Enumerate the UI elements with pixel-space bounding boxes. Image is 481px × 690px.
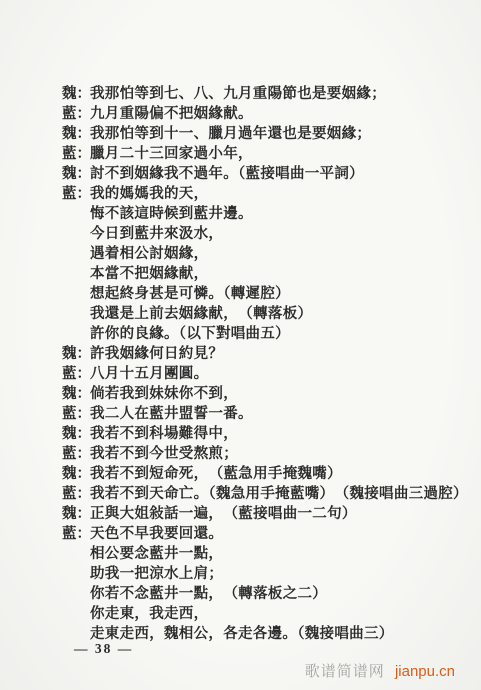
line-text: 倘若我到妹妹你不到， — [90, 384, 467, 404]
line-text: 想起終身甚是可憐。（轉遲腔） — [90, 284, 467, 304]
dialogue-line: 藍：天色不早我要回還。 — [62, 524, 467, 544]
line-text: 我二人在藍井盟誓一番。 — [90, 404, 467, 424]
line-text: 許我姻緣何日約見？ — [90, 344, 467, 364]
dialogue-line: 魏：許我姻緣何日約見？ — [62, 344, 467, 364]
script-page: 魏：我那怕等到七、八、九月重陽節也是要姻緣；藍：九月重陽偏不把姻緣献。魏：我那怕… — [0, 0, 481, 690]
dialogue-line: 相公要念藍井一點， — [62, 544, 467, 564]
dialogue-line: 魏：我那怕等到七、八、九月重陽節也是要姻緣； — [62, 84, 467, 104]
dialogue-line: 藍：我的媽媽我的天， — [62, 184, 467, 204]
dialogue-line: 你若不念藍井一點， （轉落板之二） — [62, 584, 467, 604]
speaker-label: 藍： — [62, 184, 90, 204]
line-text: 我那怕等到七、八、九月重陽節也是要姻緣； — [90, 84, 467, 104]
line-text: 我那怕等到十一、臘月過年還也是要姻緣； — [90, 124, 467, 144]
line-text: 正與大姐敍話一遍， （藍接唱曲一二句） — [90, 504, 467, 524]
dialogue-line: 藍：我二人在藍井盟誓一番。 — [62, 404, 467, 424]
line-text: 九月重陽偏不把姻緣献。 — [90, 104, 467, 124]
line-text: 天色不早我要回還。 — [90, 524, 467, 544]
speaker-label: 魏： — [62, 84, 90, 104]
line-text: 我還是上前去姻緣献， （轉落板） — [90, 304, 467, 324]
speaker-label: 魏： — [62, 504, 90, 524]
speaker-label: 魏： — [62, 124, 90, 144]
line-text: 臘月二十三回家過小年， — [90, 144, 467, 164]
line-text: 相公要念藍井一點， — [90, 544, 467, 564]
dialogue-line: 藍：我若不到今世受熬煎； — [62, 444, 467, 464]
speaker-label: 魏： — [62, 164, 90, 184]
line-text: 討不到姻緣我不過年。（藍接唱曲一平詞） — [90, 164, 467, 184]
dialogue-line: 魏：我那怕等到十一、臘月過年還也是要姻緣； — [62, 124, 467, 144]
dialogue-line: 今日到藍井來汲水， — [62, 224, 467, 244]
dialogue-line: 魏：倘若我到妹妹你不到， — [62, 384, 467, 404]
dialogue-line: 藍：臘月二十三回家過小年， — [62, 144, 467, 164]
dialogue-line: 悔不該這時候到藍井邊。 — [62, 204, 467, 224]
line-text: 今日到藍井來汲水， — [90, 224, 467, 244]
dialogue-line: 助我一把涼水上肩； — [62, 564, 467, 584]
speaker-label: 藍： — [62, 104, 90, 124]
dialogue-line: 想起終身甚是可憐。（轉遲腔） — [62, 284, 467, 304]
watermark-site-url[interactable]: jianpu.cn — [395, 663, 455, 680]
line-text: 遇着相公討姻緣， — [90, 244, 467, 264]
dialogue-line: 本當不把姻緣献， — [62, 264, 467, 284]
dialogue-line: 魏：討不到姻緣我不過年。（藍接唱曲一平詞） — [62, 164, 467, 184]
watermark-site-name: 歌谱简谱网 — [305, 663, 385, 680]
dialogue-line: 遇着相公討姻緣， — [62, 244, 467, 264]
dialogue-line: 藍：八月十五月團圓。 — [62, 364, 467, 384]
speaker-label: 藍： — [62, 144, 90, 164]
page-number: — 38 — — [74, 641, 133, 657]
speaker-label: 魏： — [62, 424, 90, 444]
speaker-label: 藍： — [62, 404, 90, 424]
line-text: 走東走西，魏相公，各走各邊。（魏接唱曲三） — [90, 624, 467, 644]
speaker-label: 魏： — [62, 464, 90, 484]
line-text: 本當不把姻緣献， — [90, 264, 467, 284]
line-text: 八月十五月團圓。 — [90, 364, 467, 384]
dialogue-line: 魏：我若不到短命死， （藍急用手掩魏嘴） — [62, 464, 467, 484]
speaker-label: 魏： — [62, 344, 90, 364]
dialogue-line: 藍：我若不到天命亡。（魏急用手掩藍嘴） （魏接唱曲三過腔） — [62, 484, 467, 504]
speaker-label: 魏： — [62, 384, 90, 404]
line-text: 我若不到天命亡。（魏急用手掩藍嘴） （魏接唱曲三過腔） — [90, 484, 468, 504]
dialogue-line: 我還是上前去姻緣献， （轉落板） — [62, 304, 467, 324]
line-text: 助我一把涼水上肩； — [90, 564, 467, 584]
speaker-label: 藍： — [62, 524, 90, 544]
speaker-label: 藍： — [62, 444, 90, 464]
dialogue-line: 魏：我若不到科場難得中， — [62, 424, 467, 444]
line-text: 我若不到科場難得中， — [90, 424, 467, 444]
watermark: 歌谱简谱网 jianpu.cn — [305, 660, 455, 681]
line-text: 我若不到今世受熬煎； — [90, 444, 467, 464]
line-text: 我若不到短命死， （藍急用手掩魏嘴） — [90, 464, 467, 484]
dialogue-line: 你走東，我走西， — [62, 604, 467, 624]
line-text: 許你的良緣。（以下對唱曲五） — [90, 324, 467, 344]
line-text: 悔不該這時候到藍井邊。 — [90, 204, 467, 224]
dialogue-line: 魏：正與大姐敍話一遍， （藍接唱曲一二句） — [62, 504, 467, 524]
line-text: 你走東，我走西， — [90, 604, 467, 624]
speaker-label: 藍： — [62, 364, 90, 384]
line-text: 你若不念藍井一點， （轉落板之二） — [90, 584, 467, 604]
line-text: 我的媽媽我的天， — [90, 184, 467, 204]
dialogue-line: 藍：九月重陽偏不把姻緣献。 — [62, 104, 467, 124]
speaker-label: 藍： — [62, 484, 90, 504]
dialogue-lines: 魏：我那怕等到七、八、九月重陽節也是要姻緣；藍：九月重陽偏不把姻緣献。魏：我那怕… — [62, 84, 467, 644]
dialogue-line: 許你的良緣。（以下對唱曲五） — [62, 324, 467, 344]
